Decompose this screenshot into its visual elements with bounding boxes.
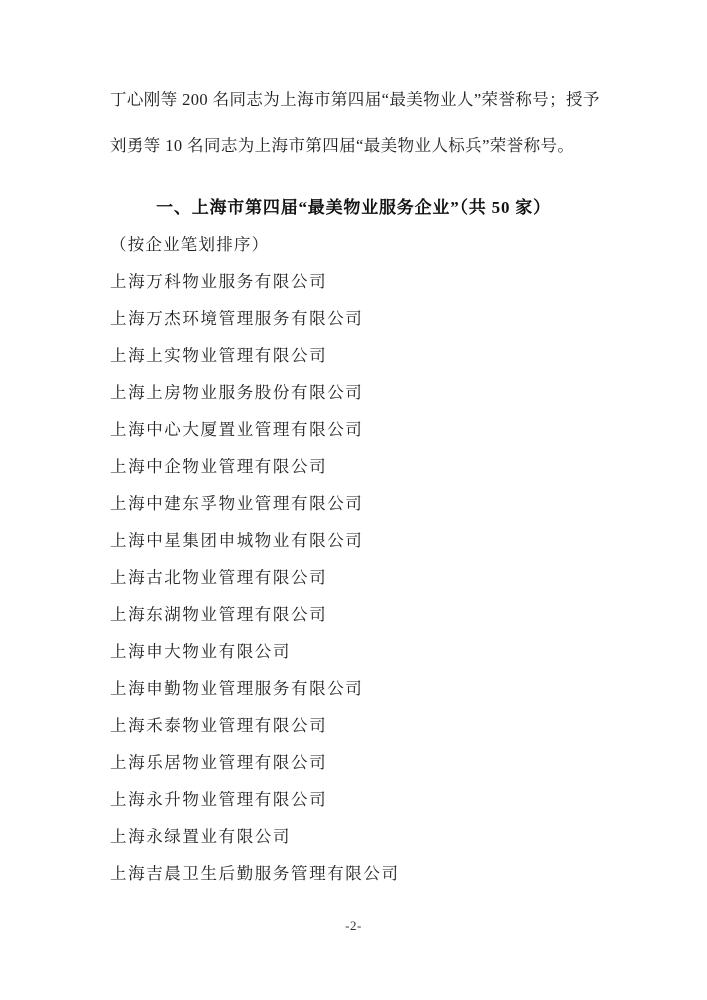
page-number: -2- xyxy=(0,918,707,934)
document-content: 丁心刚等 200 名同志为上海市第四届“最美物业人”荣誉称号；授予 刘勇等 10… xyxy=(110,77,597,892)
company-line: 上海中建东孚物业管理有限公司 xyxy=(110,485,597,522)
company-line: 上海申大物业有限公司 xyxy=(110,633,597,670)
company-line: 上海乐居物业管理有限公司 xyxy=(110,744,597,781)
company-line: 上海万杰环境管理服务有限公司 xyxy=(110,300,597,337)
paragraph-line-1: 丁心刚等 200 名同志为上海市第四届“最美物业人”荣誉称号；授予 xyxy=(110,77,597,123)
company-line: 上海吉晨卫生后勤服务管理有限公司 xyxy=(110,855,597,892)
company-line: 上海上实物业管理有限公司 xyxy=(110,337,597,374)
company-line: 上海中心大厦置业管理有限公司 xyxy=(110,411,597,448)
company-line: 上海中星集团申城物业有限公司 xyxy=(110,522,597,559)
section-heading: 一、上海市第四届“最美物业服务企业”（共 50 家） xyxy=(110,189,597,226)
company-line: 上海禾泰物业管理有限公司 xyxy=(110,707,597,744)
company-line: 上海中企物业管理有限公司 xyxy=(110,448,597,485)
paragraph-line-2: 刘勇等 10 名同志为上海市第四届“最美物业人标兵”荣誉称号。 xyxy=(110,123,597,169)
company-line: 上海永升物业管理有限公司 xyxy=(110,781,597,818)
sort-order-note: （按企业笔划排序） xyxy=(110,226,597,263)
company-line: 上海东湖物业管理有限公司 xyxy=(110,596,597,633)
company-line: 上海古北物业管理有限公司 xyxy=(110,559,597,596)
document-page: 丁心刚等 200 名同志为上海市第四届“最美物业人”荣誉称号；授予 刘勇等 10… xyxy=(0,0,707,1000)
company-list: 上海万科物业服务有限公司上海万杰环境管理服务有限公司上海上实物业管理有限公司上海… xyxy=(110,263,597,892)
company-line: 上海上房物业服务股份有限公司 xyxy=(110,374,597,411)
company-line: 上海万科物业服务有限公司 xyxy=(110,263,597,300)
company-line: 上海申勤物业管理服务有限公司 xyxy=(110,670,597,707)
company-line: 上海永绿置业有限公司 xyxy=(110,818,597,855)
